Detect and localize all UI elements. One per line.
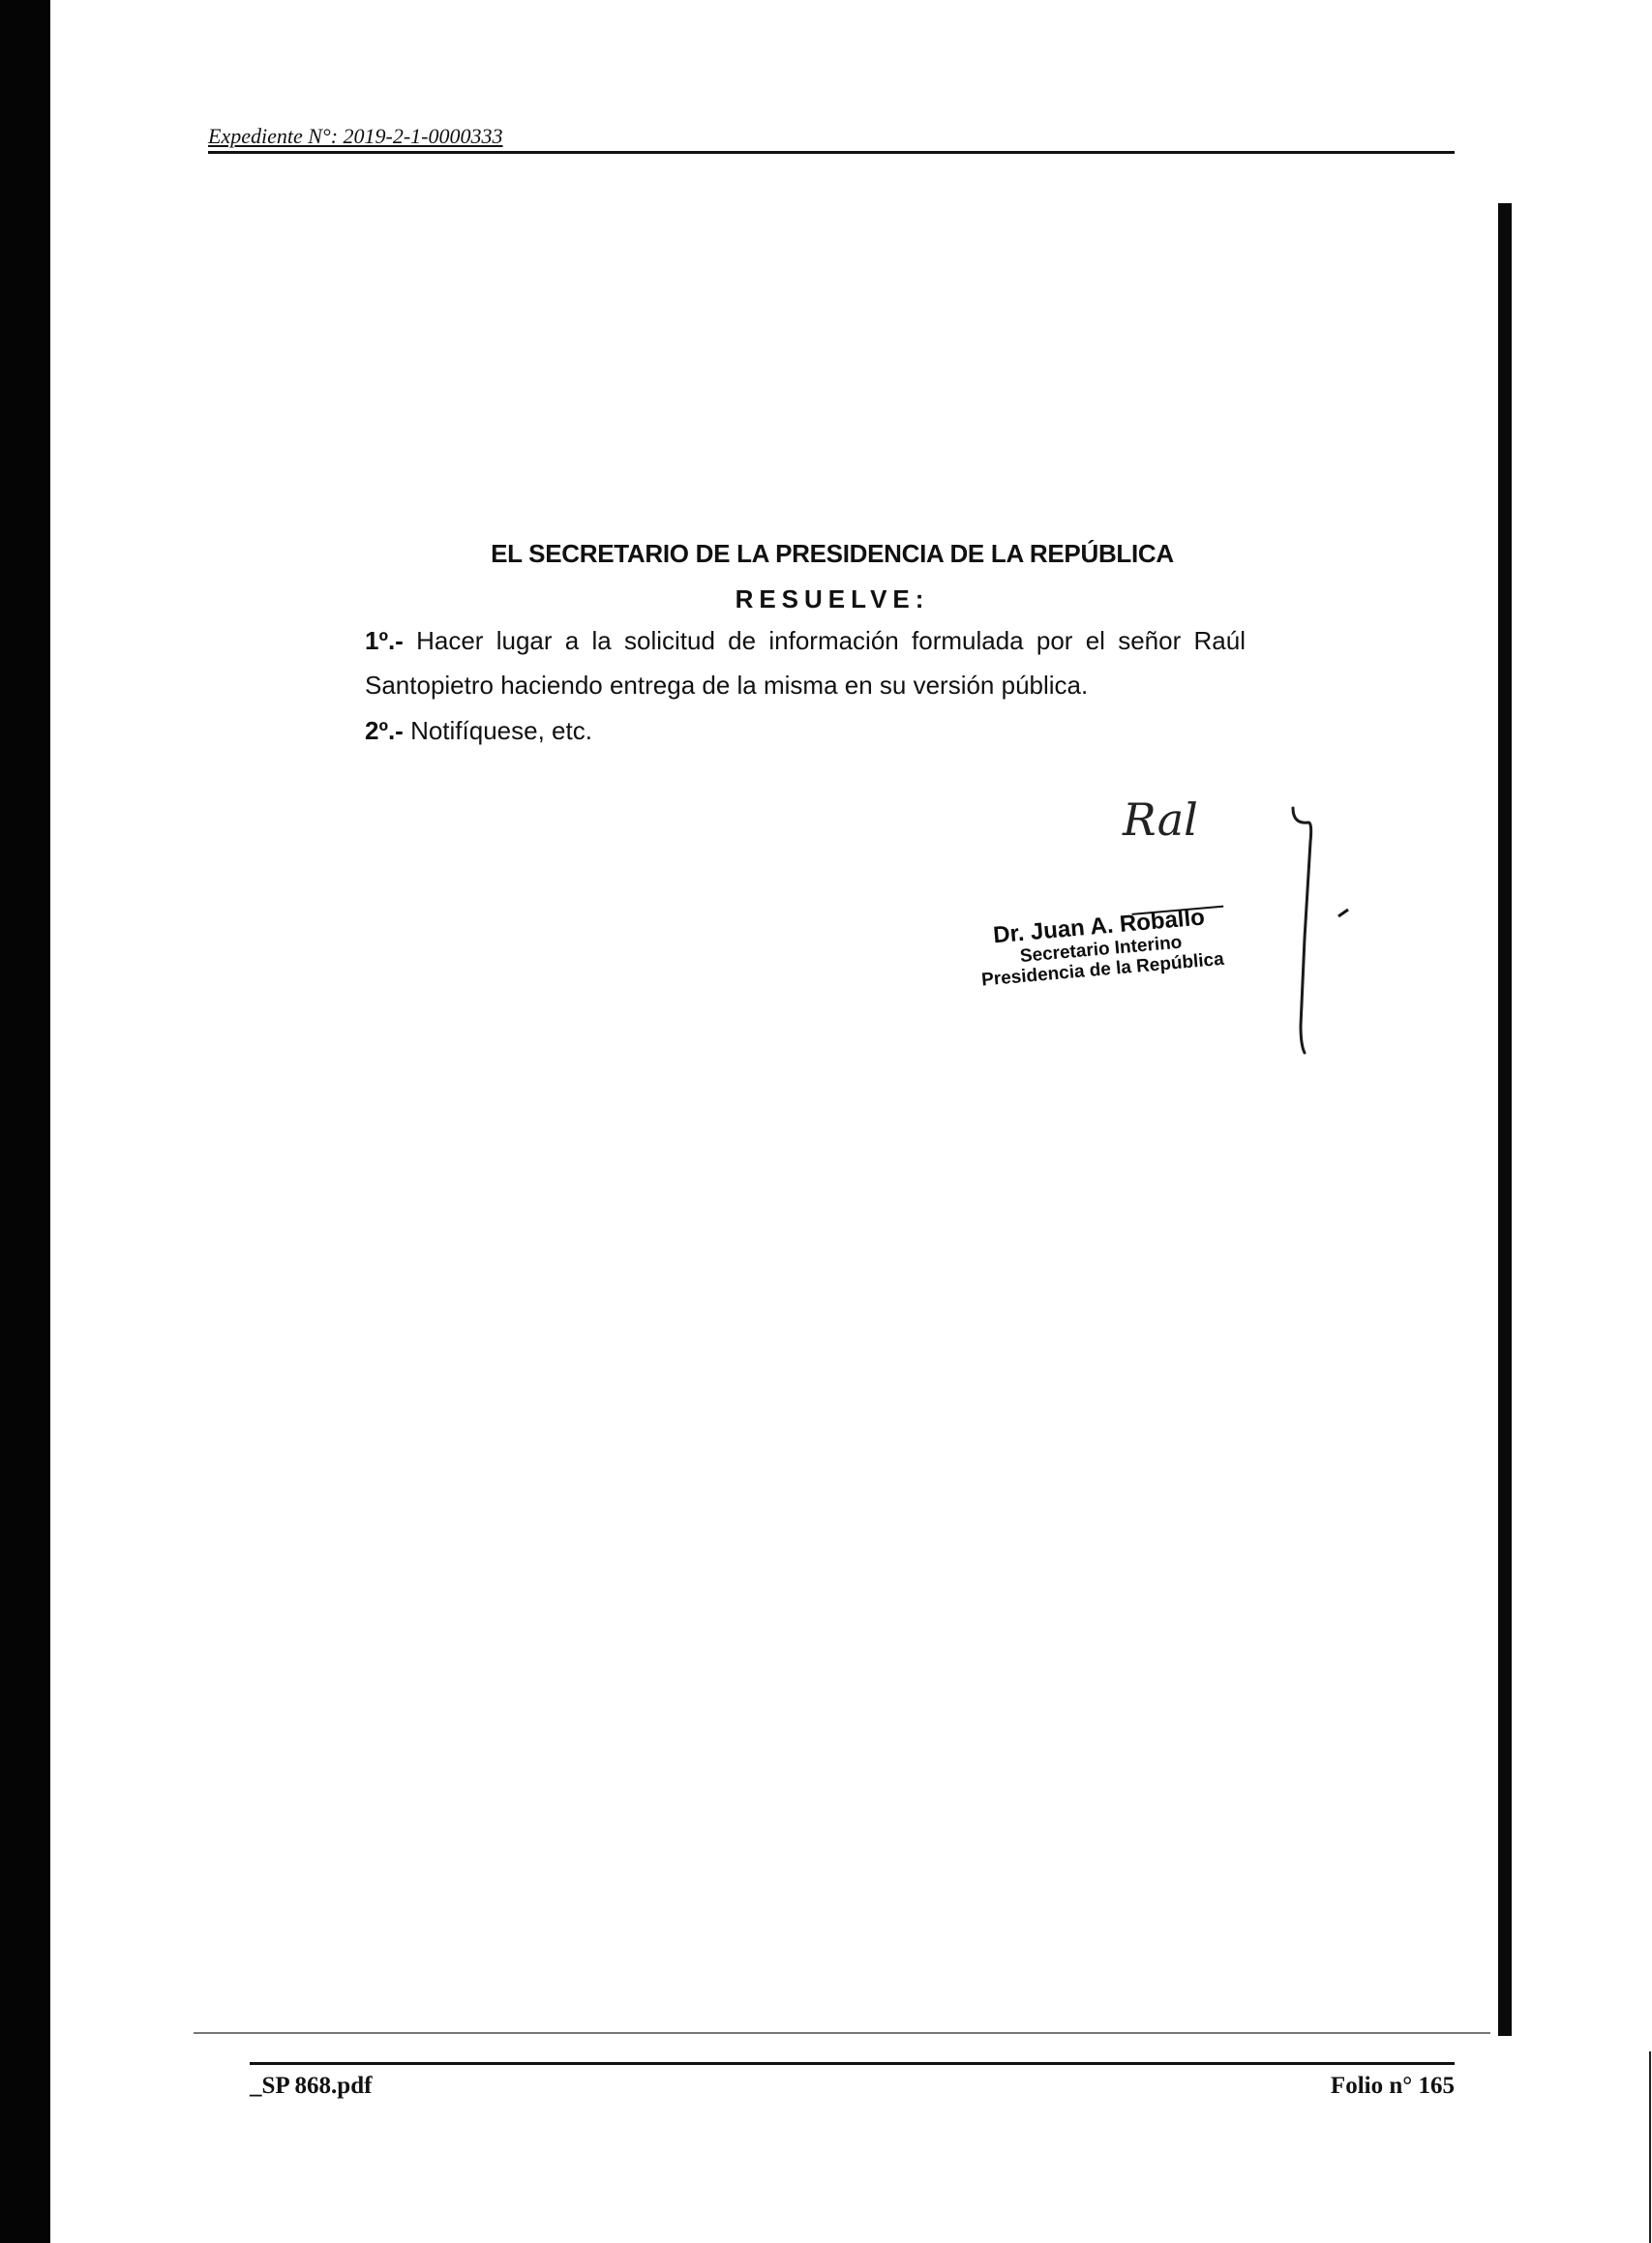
item-text: Notifíquese, etc.	[404, 716, 592, 745]
item-text: Santopietro haciendo entrega de la misma…	[365, 671, 1088, 700]
signature-stamp: Dr. Juan A. Roballo Secretario Interino …	[953, 902, 1248, 993]
resolution-item-1: 1º.- Hacer lugar a la solicitud de infor…	[365, 626, 1246, 655]
handwritten-signature: Ral	[1123, 793, 1198, 846]
footer-divider	[250, 2062, 1455, 2065]
document-title: EL SECRETARIO DE LA PRESIDENCIA DE LA RE…	[368, 539, 1297, 569]
footer-divider-faint	[194, 2032, 1490, 2034]
scan-border-left	[0, 0, 50, 2243]
resolution-heading: RESUELVE:	[368, 584, 1297, 614]
page-header: Expediente N°: 2019-2-1-0000333	[208, 126, 1455, 154]
handwritten-bracket-mark	[1287, 803, 1316, 1055]
item-number: 1º.-	[365, 626, 404, 655]
item-text: Hacer lugar a la solicitud de informació…	[404, 626, 1246, 655]
footer-folio: Folio n° 165	[1331, 2073, 1455, 2100]
scan-border-right	[1498, 203, 1512, 2036]
resolution-item-2: 2º.- Notifíquese, etc.	[365, 716, 1246, 745]
scan-border-far-right	[1649, 2051, 1651, 2243]
pen-mark	[1337, 908, 1349, 917]
resolution-item-1-continued: Santopietro haciendo entrega de la misma…	[365, 671, 1246, 700]
footer-filename: _SP 868.pdf	[250, 2073, 372, 2100]
item-number: 2º.-	[365, 716, 404, 745]
expediente-number: Expediente N°: 2019-2-1-0000333	[208, 124, 503, 148]
